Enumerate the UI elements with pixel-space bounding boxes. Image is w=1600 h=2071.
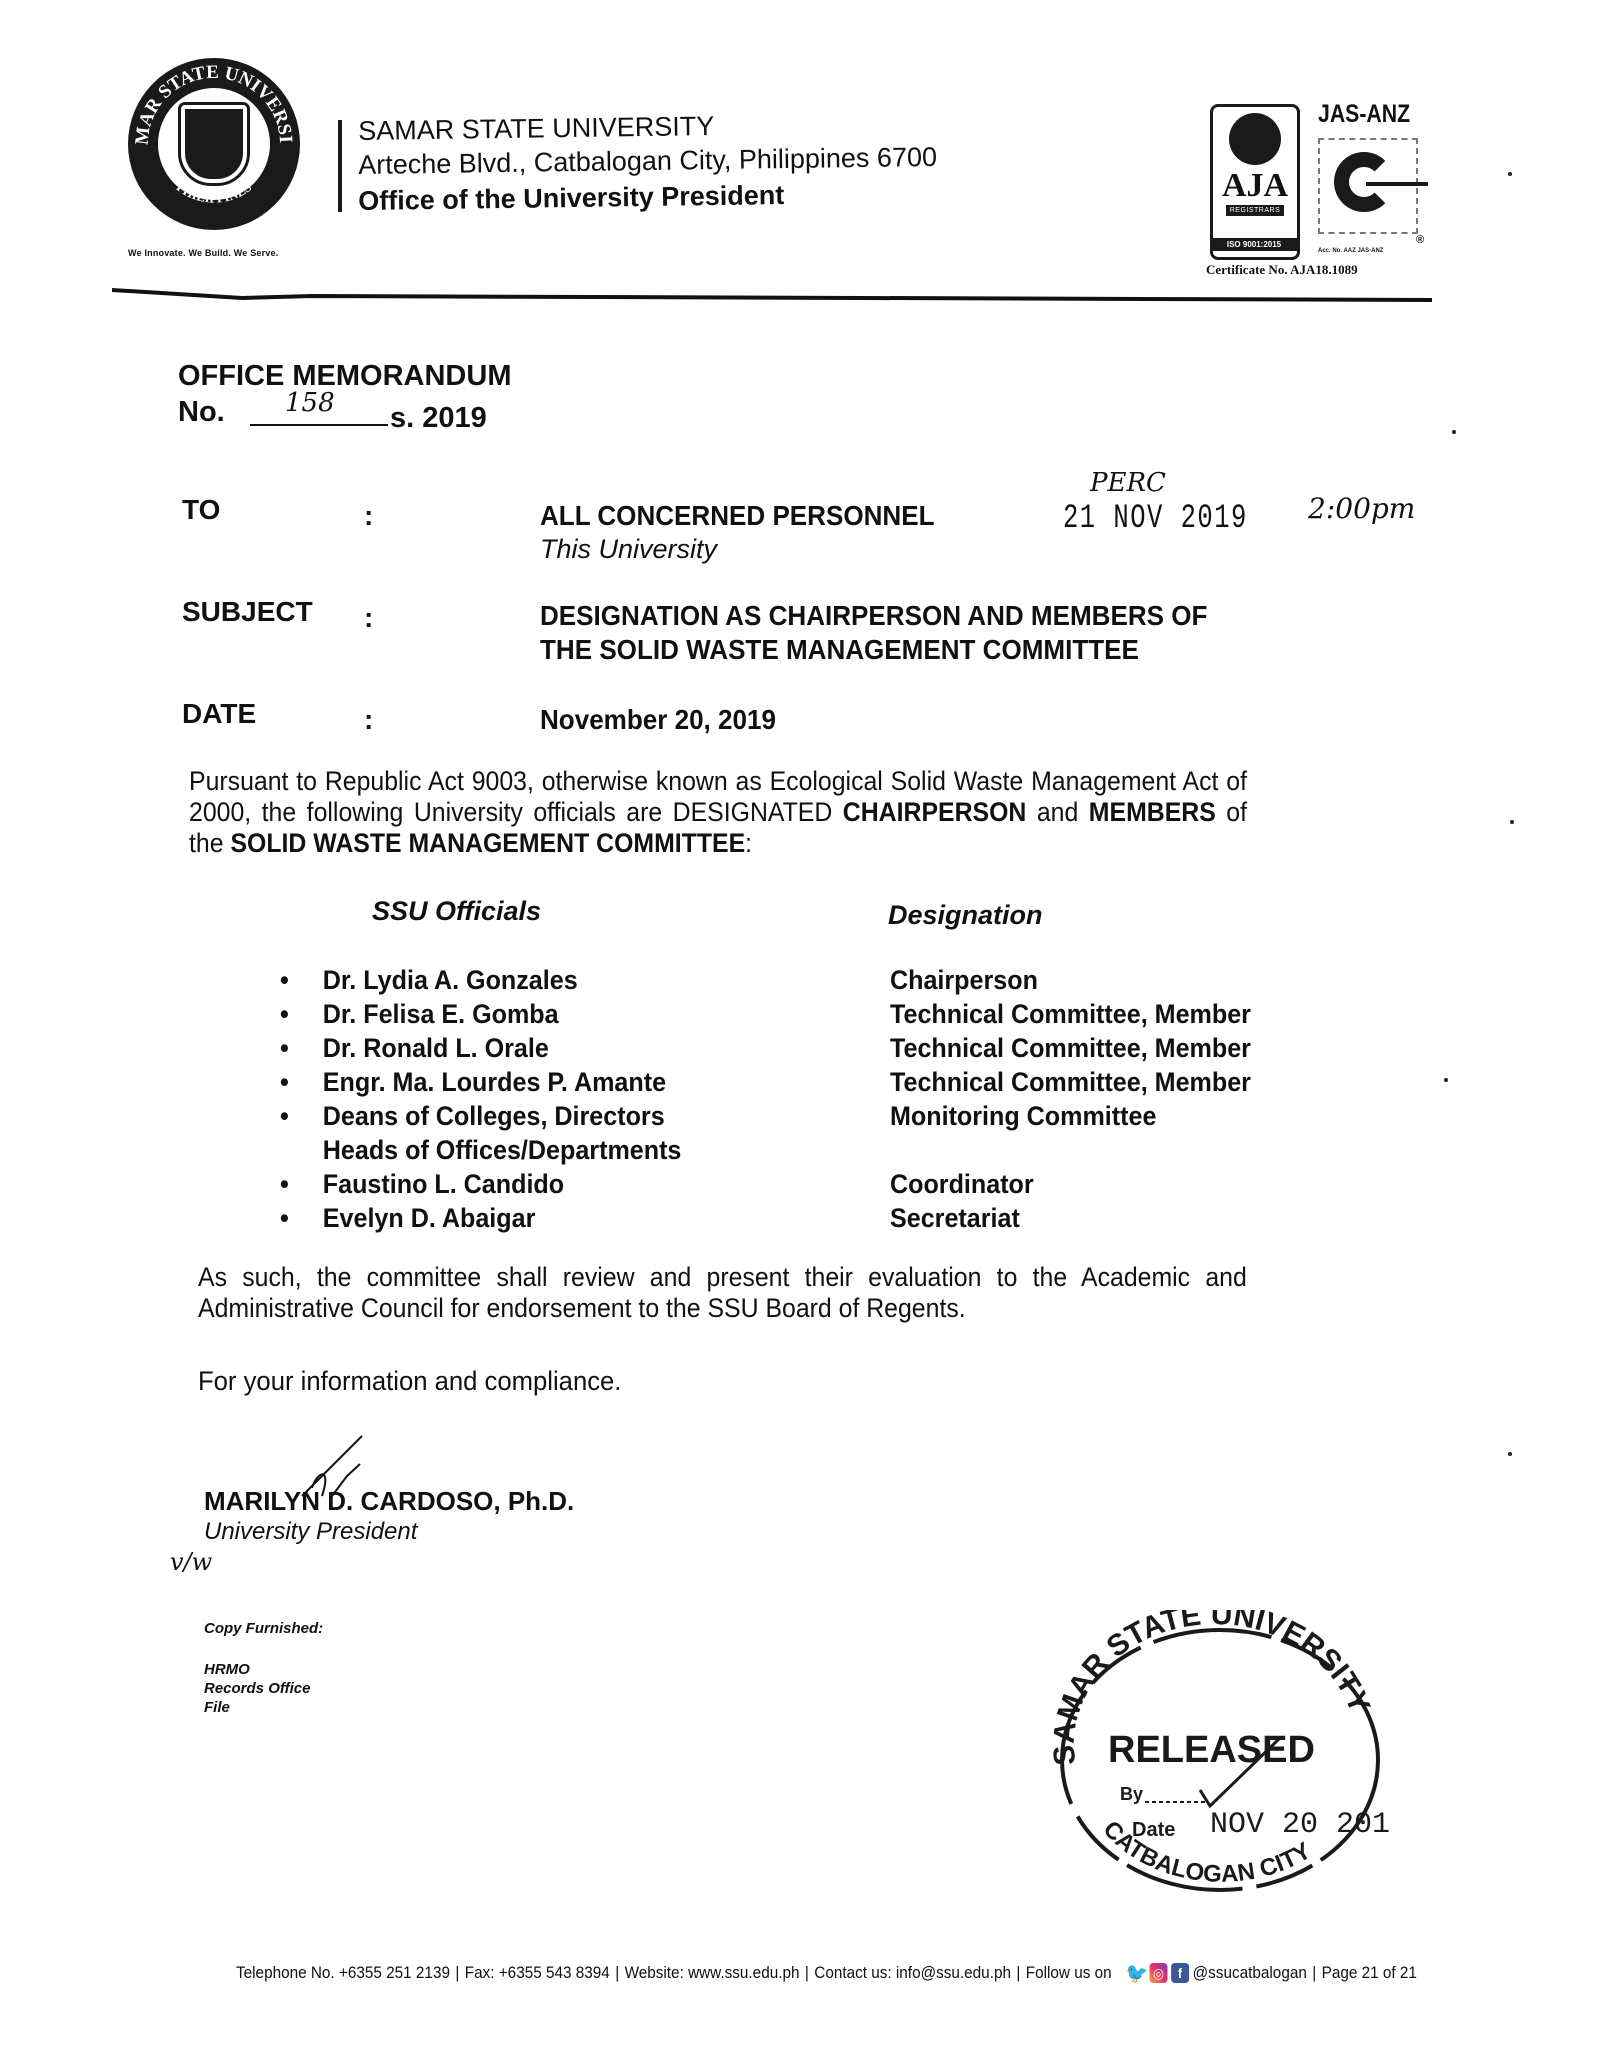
aja-label: AJA bbox=[1222, 169, 1288, 203]
copy-recipient: HRMO bbox=[204, 1660, 310, 1679]
designation-item: Technical Committee, Member bbox=[890, 997, 1251, 1031]
to-colon: : bbox=[364, 500, 373, 532]
svg-text:Date: Date bbox=[1132, 1819, 1175, 1841]
twitter-icon[interactable]: 🐦 bbox=[1128, 1963, 1146, 1983]
date-value: November 20, 2019 bbox=[540, 704, 776, 736]
footer-telephone: Telephone No. +6355 251 2139 bbox=[236, 1963, 450, 1983]
seal-ring-text: SAMAR STATE UNIVERSITY PHILIPPINES bbox=[128, 58, 300, 230]
copy-recipient: Records Office bbox=[204, 1679, 310, 1698]
official-item: Faustino L. Candido bbox=[280, 1167, 681, 1201]
memo-title: OFFICE MEMORANDUM bbox=[178, 360, 511, 393]
typist-initials: v/w bbox=[170, 1548, 212, 1576]
designation-item: Coordinator bbox=[890, 1167, 1251, 1201]
released-stamp: SAMAR STATE UNIVERSITY CATBALOGAN CITY R… bbox=[1050, 1610, 1390, 1900]
svg-text:By: By bbox=[1120, 1784, 1143, 1804]
university-name: SAMAR STATE UNIVERSITY bbox=[358, 111, 714, 147]
scan-speck bbox=[1508, 1452, 1512, 1456]
copy-furnished-title: Copy Furnished: bbox=[204, 1620, 323, 1637]
date-label: DATE bbox=[182, 698, 256, 730]
designation-column-header: Designation bbox=[888, 900, 1043, 931]
university-address: Arteche Blvd., Catbalogan City, Philippi… bbox=[358, 142, 937, 181]
subject-label: SUBJECT bbox=[182, 596, 313, 628]
official-item: Dr. Lydia A. Gonzales bbox=[280, 963, 681, 997]
copy-recipient: File bbox=[204, 1698, 310, 1717]
official-item: Dr. Felisa E. Gomba bbox=[280, 997, 681, 1031]
footer-social-handle[interactable]: @ssucatbalogan bbox=[1193, 1963, 1307, 1983]
registered-mark: ® bbox=[1416, 234, 1424, 246]
to-label: TO bbox=[182, 494, 220, 526]
conclusion-paragraph: As such, the committee shall review and … bbox=[198, 1262, 1247, 1324]
officials-list: Dr. Lydia A. Gonzales Dr. Felisa E. Gomb… bbox=[280, 963, 712, 1235]
scan-speck bbox=[1452, 430, 1456, 434]
svg-text:RELEASED: RELEASED bbox=[1108, 1729, 1315, 1771]
globe-icon bbox=[1229, 113, 1281, 165]
footer-page-number: Page 21 of 21 bbox=[1322, 1963, 1417, 1983]
received-time: 2:00pm bbox=[1308, 492, 1415, 525]
scan-speck bbox=[1508, 172, 1512, 176]
signer-name: MARILYN D. CARDOSO, Ph.D. bbox=[204, 1486, 574, 1517]
aja-registrars: REGISTRARS bbox=[1226, 205, 1285, 216]
designation-item: Technical Committee, Member bbox=[890, 1065, 1251, 1099]
date-colon: : bbox=[364, 704, 373, 736]
memo-number-label: No. bbox=[178, 396, 225, 429]
memo-number-underline bbox=[250, 424, 388, 426]
accreditation-number: Acc. No. AAZ JAS-ANZ bbox=[1318, 248, 1383, 254]
footer-follow-label: Follow us on bbox=[1026, 1963, 1112, 1983]
received-initials: PERC bbox=[1090, 468, 1166, 498]
footer-website-link[interactable]: Website: www.ssu.edu.ph bbox=[625, 1963, 800, 1983]
scan-speck bbox=[1510, 820, 1514, 824]
svg-text:SAMAR STATE UNIVERSITY: SAMAR STATE UNIVERSITY bbox=[128, 58, 296, 146]
closing-line: For your information and compliance. bbox=[198, 1366, 621, 1397]
header-rule bbox=[112, 284, 1432, 304]
intro-paragraph: Pursuant to Republic Act 9003, otherwise… bbox=[189, 766, 1247, 859]
official-item: Deans of Colleges, Directors Heads of Of… bbox=[280, 1099, 681, 1167]
footer-fax: Fax: +6355 543 8394 bbox=[465, 1963, 610, 1983]
received-date-stamp: 21 NOV 2019 bbox=[1063, 500, 1248, 538]
instagram-icon[interactable]: ◎ bbox=[1149, 1963, 1167, 1983]
facebook-icon[interactable]: f bbox=[1171, 1963, 1189, 1983]
to-sub: This University bbox=[540, 534, 717, 565]
designation-item: Technical Committee, Member bbox=[890, 1031, 1251, 1065]
subject-line-2: THE SOLID WASTE MANAGEMENT COMMITTEE bbox=[540, 634, 1139, 666]
official-item: Dr. Ronald L. Orale bbox=[280, 1031, 681, 1065]
certificate-number: Certificate No. AJA18.1089 bbox=[1206, 262, 1358, 278]
iso-label: ISO 9001:2015 bbox=[1210, 238, 1298, 251]
copy-furnished-list: HRMO Records Office File bbox=[204, 1660, 310, 1717]
designation-item: Monitoring Committee bbox=[890, 1099, 1251, 1167]
subject-line-1: DESIGNATION AS CHAIRPERSON AND MEMBERS O… bbox=[540, 600, 1207, 632]
designation-item: Secretariat bbox=[890, 1201, 1251, 1235]
officials-column-header: SSU Officials bbox=[372, 896, 541, 927]
subject-colon: : bbox=[364, 602, 373, 634]
designations-list: Chairperson Technical Committee, Member … bbox=[890, 963, 1278, 1235]
page-footer: Telephone No. +6355 251 2139 | Fax: +635… bbox=[236, 1963, 1417, 1983]
office-name: Office of the University President bbox=[358, 180, 785, 217]
aja-certification-logo: AJA REGISTRARS bbox=[1210, 104, 1300, 260]
svg-text:PHILIPPINES: PHILIPPINES bbox=[174, 179, 254, 206]
svg-text:NOV 20 2019: NOV 20 2019 bbox=[1210, 1808, 1390, 1842]
footer-contact-link[interactable]: Contact us: info@ssu.edu.ph bbox=[814, 1963, 1011, 1983]
jas-anz-label: JAS-ANZ bbox=[1318, 100, 1410, 129]
memo-series: s. 2019 bbox=[390, 402, 487, 435]
designation-item: Chairperson bbox=[890, 963, 1251, 997]
official-item: Engr. Ma. Lourdes P. Amante bbox=[280, 1065, 681, 1099]
official-item: Evelyn D. Abaigar bbox=[280, 1201, 681, 1235]
university-tagline: We Innovate. We Build. We Serve. bbox=[128, 248, 278, 258]
scan-speck bbox=[1444, 1078, 1448, 1082]
to-value: ALL CONCERNED PERSONNEL bbox=[540, 500, 934, 532]
memo-number-value: 158 bbox=[285, 388, 335, 418]
signer-title: University President bbox=[204, 1518, 417, 1546]
header-divider bbox=[338, 120, 342, 212]
jas-anz-bar bbox=[1366, 182, 1428, 186]
